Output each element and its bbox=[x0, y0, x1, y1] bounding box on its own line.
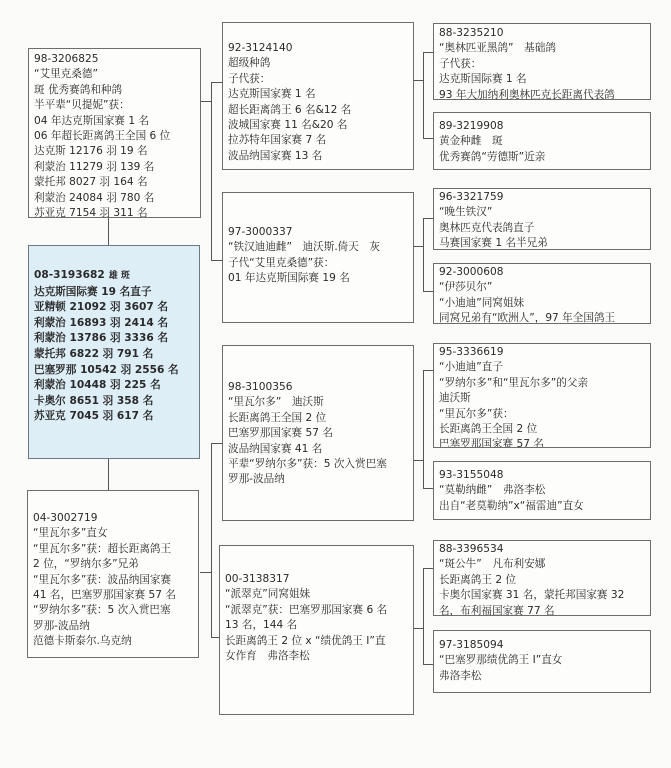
info-line: 利蒙治 10448 羽 225 名 bbox=[34, 378, 195, 394]
ring-number: 98-3206825 bbox=[34, 52, 196, 67]
info-line: 利蒙治 11279 羽 139 名 bbox=[34, 160, 196, 175]
info-line: 长距离鸽王全国 2 位 bbox=[439, 422, 646, 437]
connector-dam-bracket bbox=[211, 443, 212, 637]
ggp-card-5: 95-3336619 “小迪迪”直子 “罗纳尔多”和“里瓦尔多”的父亲 迪沃斯 … bbox=[433, 343, 651, 448]
dam-card: 04-3002719 “里瓦尔多”直女 “里瓦尔多”获：超长距离鸽王 2 位，“… bbox=[27, 490, 199, 658]
ggp-card-2: 89-3219908 黄金种雌 斑 优秀赛鸽“劳德斯”近亲 bbox=[433, 112, 651, 170]
ring-number: 97-3185094 bbox=[439, 638, 646, 653]
ggp-card-8: 97-3185094 “巴塞罗那绩优鸽王 I”直女 弗洛李松 bbox=[433, 630, 651, 693]
ring-number: 88-3396534 bbox=[439, 542, 646, 557]
info-line: 子代获： bbox=[228, 72, 409, 87]
info-line: “里瓦尔多”获：超长距离鸽王 bbox=[33, 542, 194, 557]
info-line: 女作育 弗洛李松 bbox=[225, 649, 409, 664]
info-line: 卡奥尔国家赛 31 名，蒙托邦国家赛 32 bbox=[439, 588, 646, 603]
ggp-card-1: 88-3235210 “奥林匹亚黑鸽” 基础鸽 子代获： 达克斯国际赛 1 名 … bbox=[433, 23, 651, 100]
connector-gp1-out bbox=[413, 246, 423, 247]
info-line: 超长距离鸽王 6 名&12 名 bbox=[228, 103, 409, 118]
connector-ggp7 bbox=[423, 664, 433, 665]
info-line: 长距离鸽王全国 2 位 bbox=[228, 411, 409, 426]
info-line: 迪沃斯 bbox=[439, 391, 646, 406]
info-line: 子代获： bbox=[439, 57, 646, 72]
subject-title: 08-3193682雄 斑 bbox=[34, 268, 195, 285]
ggp-card-6: 93-3155048 “莫勒纳雌” 弗洛李松 出自“老莫勒纳”x“福雷迪”直女 bbox=[433, 461, 651, 520]
info-line: 巴塞罗那国家赛 57 名 bbox=[439, 437, 646, 448]
info-line: 巴塞罗那 10542 羽 2556 名 bbox=[34, 363, 195, 379]
info-line: 马赛国家赛 1 名半兄弟 bbox=[439, 236, 646, 250]
info-line: 达克斯国际赛 1 名 bbox=[439, 72, 646, 87]
granddam-paternal-card: 97-3000337 “铁汉迪迪雌” 迪沃斯.倚天 灰 子代“艾里克桑德”获： … bbox=[222, 192, 414, 323]
info-line: “里瓦尔多”直女 bbox=[33, 526, 194, 541]
ring-number: 97-3000337 bbox=[228, 225, 409, 240]
connector-ggp2 bbox=[423, 218, 433, 219]
pigeon-name: “艾里克桑德” bbox=[34, 67, 196, 82]
info-line: 93 年大加纳利奥林匹克长距离代表鸽 bbox=[439, 88, 646, 100]
info-line: 范德卡斯泰尔.乌克纳 bbox=[33, 634, 194, 649]
info-line: 斑 优秀赛鸽和种鸽 bbox=[34, 83, 196, 98]
grandsire-maternal-card: 98-3100356 “里瓦尔多” 迪沃斯 长距离鸽王全国 2 位 巴塞罗那国家… bbox=[222, 345, 414, 521]
info-line: “晚生铁汉” bbox=[439, 205, 646, 220]
info-line: 达克斯国家赛 1 名 bbox=[228, 87, 409, 102]
info-line: “派翠克”同窝姐妹 bbox=[225, 587, 409, 602]
info-line: 超级种鸽 bbox=[228, 56, 409, 71]
info-line: 长距离鸽王 2 位 bbox=[439, 573, 646, 588]
connector-gp2 bbox=[211, 443, 222, 444]
info-line: “巴塞罗那绩优鸽王 I”直女 bbox=[439, 653, 646, 668]
connector-gp0-out bbox=[413, 80, 423, 81]
info-line: 名，布利福国家赛 77 名 bbox=[439, 604, 646, 616]
info-line: 苏亚克 7045 羽 617 名 bbox=[34, 409, 195, 425]
info-line: 2 位，“罗纳尔多”兄弟 bbox=[33, 557, 194, 572]
connector-sire-out bbox=[200, 101, 211, 102]
info-line: “罗纳尔多”和“里瓦尔多”的父亲 bbox=[439, 376, 646, 391]
info-line: 拉苏特年国家赛 7 名 bbox=[228, 133, 409, 148]
info-line: “里瓦尔多”获： bbox=[439, 407, 646, 422]
connector-gp1 bbox=[211, 260, 222, 261]
info-line: 黄金种雌 斑 bbox=[439, 134, 646, 149]
info-line: 04 年达克斯国家赛 1 名 bbox=[34, 114, 196, 129]
info-line: 巴塞罗那国家赛 57 名 bbox=[228, 426, 409, 441]
ring-number: 00-3138317 bbox=[225, 572, 409, 587]
connector-ggp4 bbox=[423, 370, 433, 371]
info-line: “小迪迪”直子 bbox=[439, 360, 646, 375]
info-line: 01 年达克斯国际赛 19 名 bbox=[228, 271, 409, 286]
ring-number: 96-3321759 bbox=[439, 190, 646, 205]
info-line: 达克斯 12176 羽 19 名 bbox=[34, 144, 196, 159]
connector-gp3-out bbox=[413, 628, 423, 629]
connector-gp2-out bbox=[413, 460, 423, 461]
info-line: “派翠克”获：巴塞罗那国家赛 6 名 bbox=[225, 603, 409, 618]
info-line: 同窝兄弟有“欧洲人”，97 年全国鸽王 bbox=[439, 311, 646, 324]
connector-sire-subject bbox=[108, 217, 109, 245]
ring-number: 93-3155048 bbox=[439, 468, 646, 483]
info-line: “斑公牛” 凡布利安娜 bbox=[439, 557, 646, 572]
info-line: 罗那-波品纳 bbox=[33, 619, 194, 634]
info-line: 亚精顿 21092 羽 3607 名 bbox=[34, 300, 195, 316]
connector-sire-bracket bbox=[211, 82, 212, 260]
info-line: “小迪迪”同窝姐妹 bbox=[439, 296, 646, 311]
ring-number: 92-3124140 bbox=[228, 41, 409, 56]
connector-gp0 bbox=[211, 82, 222, 83]
info-line: 奥林匹克代表鸽直子 bbox=[439, 221, 646, 236]
info-line: 蒙托邦 6822 羽 791 名 bbox=[34, 347, 195, 363]
info-line: 弗洛李松 bbox=[439, 669, 646, 684]
info-line: 长距离鸽王 2 位 x “绩优鸽王 I”直 bbox=[225, 634, 409, 649]
ring-number: 98-3100356 bbox=[228, 380, 409, 395]
connector-gp3-bracket bbox=[423, 568, 424, 664]
ring-number: 04-3002719 bbox=[33, 511, 194, 526]
sire-card: 98-3206825 “艾里克桑德” 斑 优秀赛鸽和种鸽 半平辈“贝提妮”获： … bbox=[28, 48, 201, 218]
info-line: 波品纳国家赛 41 名 bbox=[228, 442, 409, 457]
info-line: 利蒙治 13786 羽 3336 名 bbox=[34, 331, 195, 347]
ggp-card-4: 92-3000608 “伊莎贝尔” “小迪迪”同窝姐妹 同窝兄弟有“欧洲人”，9… bbox=[433, 263, 651, 324]
connector-gp1-bracket bbox=[423, 218, 424, 291]
grandsire-paternal-card: 92-3124140 超级种鸽 子代获： 达克斯国家赛 1 名 超长距离鸽王 6… bbox=[222, 22, 414, 170]
info-line: “里瓦尔多” 迪沃斯 bbox=[228, 395, 409, 410]
info-line: 利蒙治 16893 羽 2414 名 bbox=[34, 316, 195, 332]
connector-ggp3 bbox=[423, 291, 433, 292]
ggp-card-7: 88-3396534 “斑公牛” 凡布利安娜 长距离鸽王 2 位 卡奥尔国家赛 … bbox=[433, 540, 651, 616]
connector-ggp1 bbox=[423, 138, 433, 139]
info-line: 41 名，巴塞罗那国家赛 57 名 bbox=[33, 588, 194, 603]
info-line: 利蒙治 24084 羽 780 名 bbox=[34, 191, 196, 206]
subject-card: 08-3193682雄 斑 达克斯国际赛 19 名直子 亚精顿 21092 羽 … bbox=[28, 245, 200, 459]
info-line: “铁汉迪迪雌” 迪沃斯.倚天 灰 bbox=[228, 240, 409, 255]
info-line: “里瓦尔多”获：波品纳国家赛 bbox=[33, 573, 194, 588]
ggp-card-3: 96-3321759 “晚生铁汉” 奥林匹克代表鸽直子 马赛国家赛 1 名半兄弟 bbox=[433, 188, 651, 250]
info-line: 卡奥尔 8651 羽 358 名 bbox=[34, 394, 195, 410]
info-line: 蒙托邦 8027 羽 164 名 bbox=[34, 175, 196, 190]
connector-dam-out bbox=[200, 572, 211, 573]
info-line: 苏亚克 7154 羽 311 名 bbox=[34, 206, 196, 218]
connector-ggp0 bbox=[423, 52, 433, 53]
info-line: 半平辈“贝提妮”获： bbox=[34, 98, 196, 113]
info-line: 优秀赛鸽“劳德斯”近亲 bbox=[439, 150, 646, 165]
info-line: “奥林匹亚黑鸽” 基础鸽 bbox=[439, 41, 646, 56]
info-line: 13 名，144 名 bbox=[225, 618, 409, 633]
connector-ggp6 bbox=[423, 568, 433, 569]
info-line: 波品纳国家赛 13 名 bbox=[228, 149, 409, 164]
info-line: 达克斯国际赛 19 名直子 bbox=[34, 285, 195, 301]
sex-color: 雄 斑 bbox=[109, 271, 130, 281]
info-line: “莫勒纳雌” 弗洛李松 bbox=[439, 483, 646, 498]
ring-number: 95-3336619 bbox=[439, 345, 646, 360]
ring-number: 88-3235210 bbox=[439, 26, 646, 41]
info-line: 子代“艾里克桑德”获： bbox=[228, 256, 409, 271]
ring-number: 08-3193682 bbox=[34, 269, 105, 281]
connector-ggp5 bbox=[423, 488, 433, 489]
info-line: 出自“老莫勒纳”x“福雷迪”直女 bbox=[439, 499, 646, 514]
connector-subject-dam bbox=[108, 458, 109, 490]
connector-gp2-bracket bbox=[423, 370, 424, 488]
info-line: 波城国家赛 11 名&20 名 bbox=[228, 118, 409, 133]
connector-gp0-bracket bbox=[423, 52, 424, 138]
info-line: 平辈“罗纳尔多”获：5 次入赏巴塞 bbox=[228, 457, 409, 472]
info-line: “伊莎贝尔” bbox=[439, 280, 646, 295]
granddam-maternal-card: 00-3138317 “派翠克”同窝姐妹 “派翠克”获：巴塞罗那国家赛 6 名 … bbox=[219, 545, 414, 715]
info-line: “罗纳尔多”获：5 次入赏巴塞 bbox=[33, 603, 194, 618]
ring-number: 92-3000608 bbox=[439, 265, 646, 280]
info-line: 06 年超长距离鸽王全国 6 位 bbox=[34, 129, 196, 144]
info-line: 罗那-波品纳 bbox=[228, 472, 409, 487]
ring-number: 89-3219908 bbox=[439, 119, 646, 134]
